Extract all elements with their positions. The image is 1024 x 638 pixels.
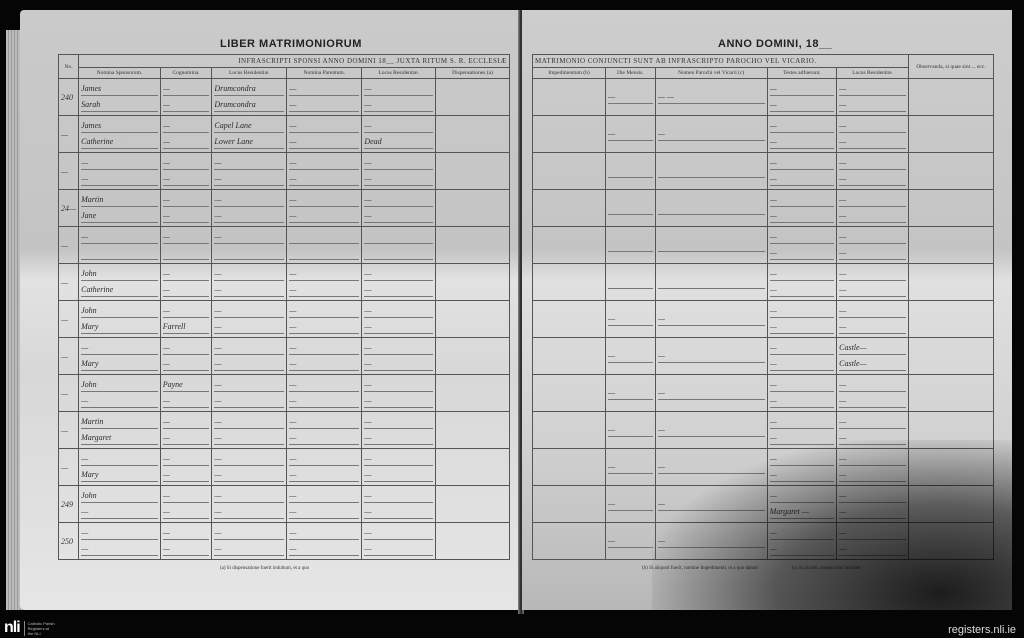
cell-locus-parentum: —— bbox=[362, 523, 436, 560]
handwritten-entry: Mary bbox=[81, 468, 158, 482]
handwritten-entry: John bbox=[81, 267, 158, 281]
cell-parochus: — bbox=[655, 412, 767, 449]
handwritten-entry: — bbox=[214, 489, 284, 503]
cell-die-mensis bbox=[606, 153, 656, 190]
cell-impedimentum bbox=[533, 116, 606, 153]
handwritten-entry: — bbox=[289, 431, 359, 445]
cell-sponsi: —— bbox=[79, 523, 161, 560]
handwritten-entry: Castle— bbox=[839, 341, 906, 355]
handwritten-entry: — bbox=[608, 127, 653, 141]
col-nomina-sponsorum: Nomina Sponsorum. bbox=[79, 68, 161, 79]
right-footnote-c: (c) Si ab alio, nomen eius inscribe bbox=[792, 566, 860, 571]
handwritten-entry: — bbox=[770, 526, 835, 540]
cell-locus-testium: —— bbox=[837, 153, 909, 190]
cell-locus: —— bbox=[212, 301, 287, 338]
handwritten-entry: — bbox=[163, 135, 210, 149]
handwritten-entry: — bbox=[770, 156, 835, 170]
cell-sponsi: —— bbox=[79, 153, 161, 190]
cell-parentes: —— bbox=[287, 301, 362, 338]
cell-impedimentum bbox=[533, 486, 606, 523]
handwritten-entry: — bbox=[163, 357, 210, 371]
handwritten-entry: — bbox=[364, 415, 433, 429]
handwritten-entry: — bbox=[163, 98, 210, 112]
cell-observanda bbox=[909, 412, 994, 449]
handwritten-entry: — bbox=[770, 378, 835, 392]
cell-observanda bbox=[909, 227, 994, 264]
cell-testes: —— bbox=[767, 116, 837, 153]
cell-parentes: —— bbox=[287, 264, 362, 301]
handwritten-entry: — bbox=[289, 489, 359, 503]
handwritten-entry bbox=[658, 275, 765, 289]
cell-locus-parentum: —— bbox=[362, 264, 436, 301]
cell-parochus: — bbox=[655, 301, 767, 338]
cell-locus-testium: —— bbox=[837, 449, 909, 486]
cell-observanda bbox=[909, 116, 994, 153]
cell-locus-testium: —— bbox=[837, 375, 909, 412]
handwritten-entry bbox=[608, 238, 653, 252]
cell-impedimentum bbox=[533, 375, 606, 412]
cell-die-mensis: — bbox=[606, 116, 656, 153]
handwritten-entry: — bbox=[658, 497, 765, 511]
cell-die-mensis bbox=[606, 190, 656, 227]
cell-impedimentum bbox=[533, 301, 606, 338]
cell-locus-parentum: —— bbox=[362, 301, 436, 338]
handwritten-entry: — bbox=[364, 542, 433, 556]
handwritten-entry: Margaret bbox=[81, 431, 158, 445]
handwritten-entry: — bbox=[770, 119, 835, 133]
marriage-entry-row: 24—MartinJane———————— bbox=[59, 190, 510, 227]
handwritten-entry: — bbox=[658, 127, 765, 141]
handwritten-entry: Farrell bbox=[163, 320, 210, 334]
cell-die-mensis: — bbox=[606, 449, 656, 486]
cell-locus-testium: —— bbox=[837, 486, 909, 523]
handwritten-entry: — bbox=[839, 394, 906, 408]
marriage-entry-row: ————Castle—Castle— bbox=[533, 338, 994, 375]
handwritten-entry: — bbox=[163, 193, 210, 207]
col-nomina-parentum: Nomina Parentum. bbox=[287, 68, 362, 79]
cell-locus: —— bbox=[212, 153, 287, 190]
handwritten-entry: — bbox=[770, 304, 835, 318]
cell-cognomina: —— bbox=[160, 486, 212, 523]
left-page-title: LIBER MATRIMONIORUM bbox=[220, 38, 362, 50]
handwritten-entry: John bbox=[81, 304, 158, 318]
register-viewer: LIBER MATRIMONIORUM No. INFRASCRIPTI SPO… bbox=[0, 0, 1024, 638]
cell-locus: —— bbox=[212, 190, 287, 227]
handwritten-entry: — bbox=[608, 534, 653, 548]
cell-testes: —— bbox=[767, 412, 837, 449]
cell-cognomina: —— bbox=[160, 338, 212, 375]
col-impedimentum: Impedimentum (b) bbox=[533, 68, 606, 79]
handwritten-entry: — bbox=[214, 341, 284, 355]
handwritten-entry: — bbox=[839, 431, 906, 445]
handwritten-entry: — bbox=[163, 341, 210, 355]
cell-cognomina: —— bbox=[160, 116, 212, 153]
handwritten-entry: — bbox=[770, 357, 835, 371]
cell-testes: —— bbox=[767, 79, 837, 116]
handwritten-entry: — bbox=[289, 267, 359, 281]
handwritten-entry: — bbox=[839, 98, 906, 112]
cell-locus: Capel LaneLower Lane bbox=[212, 116, 287, 153]
handwritten-entry: — bbox=[839, 304, 906, 318]
cell-sponsi: — bbox=[79, 227, 161, 264]
handwritten-entry: — bbox=[839, 452, 906, 466]
handwritten-entry: — bbox=[289, 193, 359, 207]
cell-impedimentum bbox=[533, 338, 606, 375]
cell-parochus: — — bbox=[655, 79, 767, 116]
marriage-entry-row: —————— bbox=[533, 523, 994, 560]
handwritten-entry: — bbox=[289, 526, 359, 540]
right-register-body: —— —————————————————————————————————————… bbox=[533, 79, 994, 560]
entry-number: — bbox=[59, 116, 79, 153]
cell-testes: —— bbox=[767, 264, 837, 301]
cell-locus-testium: —— bbox=[837, 412, 909, 449]
cell-parochus: — bbox=[655, 523, 767, 560]
cell-observanda bbox=[909, 264, 994, 301]
handwritten-entry: — bbox=[81, 230, 158, 244]
cell-parentes bbox=[287, 227, 362, 264]
cell-locus-testium: —— bbox=[837, 523, 909, 560]
handwritten-entry: — bbox=[839, 230, 906, 244]
handwritten-entry: — bbox=[214, 320, 284, 334]
marriage-entry-row: ——Mary———————— bbox=[59, 449, 510, 486]
cell-locus-parentum: —— bbox=[362, 79, 436, 116]
col-no: No. bbox=[59, 55, 79, 79]
handwritten-entry: — bbox=[770, 542, 835, 556]
cell-impedimentum bbox=[533, 412, 606, 449]
handwritten-entry: — bbox=[214, 283, 284, 297]
cell-sponsi: —Mary bbox=[79, 449, 161, 486]
handwritten-entry: — bbox=[214, 193, 284, 207]
handwritten-entry: — bbox=[658, 460, 765, 474]
cell-testes: —— bbox=[767, 338, 837, 375]
cell-impedimentum bbox=[533, 523, 606, 560]
handwritten-entry: — bbox=[163, 526, 210, 540]
cell-cognomina: — bbox=[160, 227, 212, 264]
col-nomen-parochi: Nomen Parochi vel Vicarii (c) bbox=[655, 68, 767, 79]
handwritten-entry: — bbox=[81, 542, 158, 556]
cell-sponsi: John— bbox=[79, 486, 161, 523]
entry-number: 24— bbox=[59, 190, 79, 227]
handwritten-entry: — bbox=[839, 320, 906, 334]
handwritten-entry: — bbox=[289, 394, 359, 408]
handwritten-entry: — bbox=[364, 172, 433, 186]
handwritten-entry bbox=[658, 238, 765, 252]
cell-cognomina: —— bbox=[160, 449, 212, 486]
handwritten-entry: — bbox=[770, 283, 835, 297]
right-page: ANNO DOMINI, 18__ MATRIMONIO CONJUNCTI S… bbox=[522, 10, 1012, 610]
marriage-entry-row: 240JamesSarah——DrumcondraDrumcondra———— bbox=[59, 79, 510, 116]
cell-locus-parentum: —— bbox=[362, 486, 436, 523]
cell-testes: —— bbox=[767, 227, 837, 264]
cell-dispensationes bbox=[436, 412, 510, 449]
handwritten-entry bbox=[163, 246, 210, 260]
handwritten-entry: — bbox=[289, 468, 359, 482]
cell-locus-testium: —— bbox=[837, 190, 909, 227]
handwritten-entry: — bbox=[163, 452, 210, 466]
marriage-entry-row: —JohnCatherine———————— bbox=[59, 264, 510, 301]
handwritten-entry: — bbox=[364, 452, 433, 466]
handwritten-entry: — bbox=[364, 82, 433, 96]
cell-locus: —— bbox=[212, 375, 287, 412]
handwritten-entry: — bbox=[770, 209, 835, 223]
marriage-entry-row: ——————————— bbox=[59, 153, 510, 190]
handwritten-entry: — bbox=[214, 209, 284, 223]
cell-locus-testium: —— bbox=[837, 116, 909, 153]
cell-die-mensis: — bbox=[606, 375, 656, 412]
left-register-table: No. INFRASCRIPTI SPONSI ANNO DOMINI 18__… bbox=[58, 54, 510, 560]
handwritten-entry: — bbox=[214, 357, 284, 371]
handwritten-entry: — bbox=[81, 526, 158, 540]
cell-dispensationes bbox=[436, 523, 510, 560]
cell-locus-parentum: —— bbox=[362, 190, 436, 227]
cell-parentes: —— bbox=[287, 412, 362, 449]
handwritten-entry: James bbox=[81, 119, 158, 133]
handwritten-entry: — bbox=[364, 468, 433, 482]
cell-dispensationes bbox=[436, 301, 510, 338]
handwritten-entry: — bbox=[770, 415, 835, 429]
col-die-mensis: Die Mensis. bbox=[606, 68, 656, 79]
cell-sponsi: JamesSarah bbox=[79, 79, 161, 116]
cell-parentes: —— bbox=[287, 116, 362, 153]
handwritten-entry: — bbox=[770, 341, 835, 355]
handwritten-entry: — bbox=[608, 349, 653, 363]
handwritten-entry: — bbox=[289, 452, 359, 466]
handwritten-entry: — bbox=[839, 172, 906, 186]
cell-sponsi: MartinMargaret bbox=[79, 412, 161, 449]
handwritten-entry: — bbox=[608, 497, 653, 511]
cell-locus: —— bbox=[212, 523, 287, 560]
marriage-entry-row: ———— bbox=[59, 227, 510, 264]
cell-sponsi: —Mary bbox=[79, 338, 161, 375]
entry-number: 249 bbox=[59, 486, 79, 523]
handwritten-entry: — bbox=[163, 172, 210, 186]
cell-locus-parentum: —— bbox=[362, 412, 436, 449]
cell-impedimentum bbox=[533, 190, 606, 227]
nli-logo: nli Catholic Parish Registers at the NLI bbox=[4, 619, 55, 637]
cell-die-mensis: — bbox=[606, 79, 656, 116]
handwritten-entry: — bbox=[839, 193, 906, 207]
cell-cognomina: —— bbox=[160, 79, 212, 116]
cell-dispensationes bbox=[436, 153, 510, 190]
handwritten-entry: Mary bbox=[81, 357, 158, 371]
handwritten-entry: — bbox=[770, 135, 835, 149]
cell-dispensationes bbox=[436, 449, 510, 486]
cell-parochus bbox=[655, 264, 767, 301]
cell-observanda bbox=[909, 338, 994, 375]
cell-cognomina: —— bbox=[160, 190, 212, 227]
handwritten-entry bbox=[608, 164, 653, 178]
handwritten-entry: — bbox=[81, 341, 158, 355]
handwritten-entry: — bbox=[214, 415, 284, 429]
cell-cognomina: —— bbox=[160, 153, 212, 190]
marriage-entry-row: ——Mary———————— bbox=[59, 338, 510, 375]
handwritten-entry: — bbox=[163, 119, 210, 133]
marriage-entry-row: ———— bbox=[533, 190, 994, 227]
handwritten-entry: Martin bbox=[81, 193, 158, 207]
col-testes: Testes adfuerunt. bbox=[767, 68, 837, 79]
handwritten-entry: — bbox=[81, 505, 158, 519]
cell-cognomina: —— bbox=[160, 523, 212, 560]
col-cognomina: Cognomina. bbox=[160, 68, 212, 79]
marriage-entry-row: —————— bbox=[533, 412, 994, 449]
cell-locus: —— bbox=[212, 264, 287, 301]
handwritten-entry bbox=[214, 246, 284, 260]
handwritten-entry: — bbox=[770, 246, 835, 260]
handwritten-entry: — bbox=[839, 378, 906, 392]
marriage-entry-row: —————— bbox=[533, 449, 994, 486]
cell-observanda bbox=[909, 375, 994, 412]
handwritten-entry: — bbox=[214, 156, 284, 170]
handwritten-entry: — bbox=[214, 526, 284, 540]
handwritten-entry: — — bbox=[658, 90, 765, 104]
cell-locus-parentum: —— bbox=[362, 375, 436, 412]
marriage-entry-row: —JamesCatherine——Capel LaneLower Lane———… bbox=[59, 116, 510, 153]
handwritten-entry: Castle— bbox=[839, 357, 906, 371]
handwritten-entry: — bbox=[289, 542, 359, 556]
handwritten-entry: — bbox=[658, 349, 765, 363]
handwritten-entry: — bbox=[214, 505, 284, 519]
cell-parentes: —— bbox=[287, 79, 362, 116]
cell-dispensationes bbox=[436, 190, 510, 227]
handwritten-entry: — bbox=[770, 193, 835, 207]
cell-die-mensis: — bbox=[606, 338, 656, 375]
handwritten-entry: — bbox=[163, 394, 210, 408]
entry-number: — bbox=[59, 153, 79, 190]
cell-locus-parentum: —Dead bbox=[362, 116, 436, 153]
cell-observanda bbox=[909, 79, 994, 116]
handwritten-entry bbox=[364, 246, 433, 260]
handwritten-entry: — bbox=[364, 505, 433, 519]
handwritten-entry: — bbox=[214, 172, 284, 186]
handwritten-entry: — bbox=[608, 90, 653, 104]
col-locus-residentiae: Locus Residentiæ. bbox=[212, 68, 287, 79]
cell-parentes: —— bbox=[287, 190, 362, 227]
handwritten-entry: — bbox=[770, 320, 835, 334]
handwritten-entry: — bbox=[214, 230, 284, 244]
entry-number: — bbox=[59, 301, 79, 338]
right-page-title: ANNO DOMINI, 18__ bbox=[718, 38, 832, 50]
handwritten-entry: — bbox=[364, 489, 433, 503]
marriage-entry-row: —————— bbox=[533, 116, 994, 153]
handwritten-entry: James bbox=[81, 82, 158, 96]
handwritten-entry: — bbox=[289, 172, 359, 186]
cell-testes: —— bbox=[767, 190, 837, 227]
handwritten-entry: Dead bbox=[364, 135, 433, 149]
handwritten-entry: — bbox=[770, 431, 835, 445]
marriage-entry-row: —MartinMargaret———————— bbox=[59, 412, 510, 449]
entry-number: — bbox=[59, 338, 79, 375]
cell-dispensationes bbox=[436, 486, 510, 523]
cell-sponsi: JohnCatherine bbox=[79, 264, 161, 301]
cell-testes: —— bbox=[767, 449, 837, 486]
handwritten-entry: — bbox=[163, 82, 210, 96]
handwritten-entry: John bbox=[81, 489, 158, 503]
cell-impedimentum bbox=[533, 153, 606, 190]
entry-number: — bbox=[59, 449, 79, 486]
cell-locus: —— bbox=[212, 412, 287, 449]
cell-parochus: — bbox=[655, 338, 767, 375]
handwritten-entry: Mary bbox=[81, 320, 158, 334]
cell-dispensationes bbox=[436, 264, 510, 301]
handwritten-entry: — bbox=[608, 460, 653, 474]
handwritten-entry: — bbox=[770, 394, 835, 408]
handwritten-entry: — bbox=[839, 489, 906, 503]
cell-dispensationes bbox=[436, 375, 510, 412]
handwritten-entry: Sarah bbox=[81, 98, 158, 112]
handwritten-entry: — bbox=[163, 505, 210, 519]
cell-locus: DrumcondraDrumcondra bbox=[212, 79, 287, 116]
cell-parentes: —— bbox=[287, 375, 362, 412]
handwritten-entry: — bbox=[364, 357, 433, 371]
cell-locus-parentum: —— bbox=[362, 449, 436, 486]
handwritten-entry: — bbox=[163, 283, 210, 297]
cell-observanda bbox=[909, 301, 994, 338]
cell-parentes: —— bbox=[287, 449, 362, 486]
handwritten-entry: — bbox=[81, 452, 158, 466]
cell-locus-testium: —— bbox=[837, 301, 909, 338]
handwritten-entry: — bbox=[364, 431, 433, 445]
handwritten-entry bbox=[289, 246, 359, 260]
cell-parentes: —— bbox=[287, 486, 362, 523]
cell-sponsi: JamesCatherine bbox=[79, 116, 161, 153]
handwritten-entry: — bbox=[839, 415, 906, 429]
nli-logo-mark: nli bbox=[4, 619, 20, 637]
marriage-entry-row: ———— bbox=[533, 227, 994, 264]
handwritten-entry: — bbox=[839, 82, 906, 96]
col-observanda: Observanda, si quae sint ... ecc. bbox=[909, 55, 994, 79]
handwritten-entry: — bbox=[163, 542, 210, 556]
marriage-entry-row: —————— bbox=[533, 375, 994, 412]
cell-observanda bbox=[909, 190, 994, 227]
handwritten-entry: — bbox=[364, 320, 433, 334]
handwritten-entry: — bbox=[770, 172, 835, 186]
marriage-entry-row: —JohnMary—Farrell—————— bbox=[59, 301, 510, 338]
handwritten-entry: — bbox=[770, 230, 835, 244]
handwritten-entry bbox=[608, 201, 653, 215]
cell-die-mensis: — bbox=[606, 301, 656, 338]
cell-impedimentum bbox=[533, 79, 606, 116]
handwritten-entry: — bbox=[770, 82, 835, 96]
handwritten-entry: — bbox=[214, 267, 284, 281]
handwritten-entry: — bbox=[839, 209, 906, 223]
cell-sponsi: John— bbox=[79, 375, 161, 412]
handwritten-entry: — bbox=[658, 312, 765, 326]
cell-observanda bbox=[909, 486, 994, 523]
marriage-entry-row: ———Margaret ——— bbox=[533, 486, 994, 523]
handwritten-entry: — bbox=[364, 193, 433, 207]
cell-sponsi: JohnMary bbox=[79, 301, 161, 338]
handwritten-entry: — bbox=[289, 209, 359, 223]
entry-number: — bbox=[59, 375, 79, 412]
handwritten-entry: — bbox=[839, 156, 906, 170]
handwritten-entry: Jane bbox=[81, 209, 158, 223]
handwritten-entry: — bbox=[364, 209, 433, 223]
cell-locus-testium: —— bbox=[837, 264, 909, 301]
handwritten-entry: — bbox=[163, 209, 210, 223]
cell-cognomina: —Farrell bbox=[160, 301, 212, 338]
entry-number: 240 bbox=[59, 79, 79, 116]
handwritten-entry: — bbox=[163, 468, 210, 482]
handwritten-entry: — bbox=[289, 357, 359, 371]
cell-parochus bbox=[655, 227, 767, 264]
cell-cognomina: —— bbox=[160, 264, 212, 301]
handwritten-entry: — bbox=[289, 320, 359, 334]
cell-locus-testium: Castle—Castle— bbox=[837, 338, 909, 375]
handwritten-entry: — bbox=[289, 304, 359, 318]
handwritten-entry: — bbox=[364, 283, 433, 297]
cell-dispensationes bbox=[436, 338, 510, 375]
handwritten-entry bbox=[608, 275, 653, 289]
